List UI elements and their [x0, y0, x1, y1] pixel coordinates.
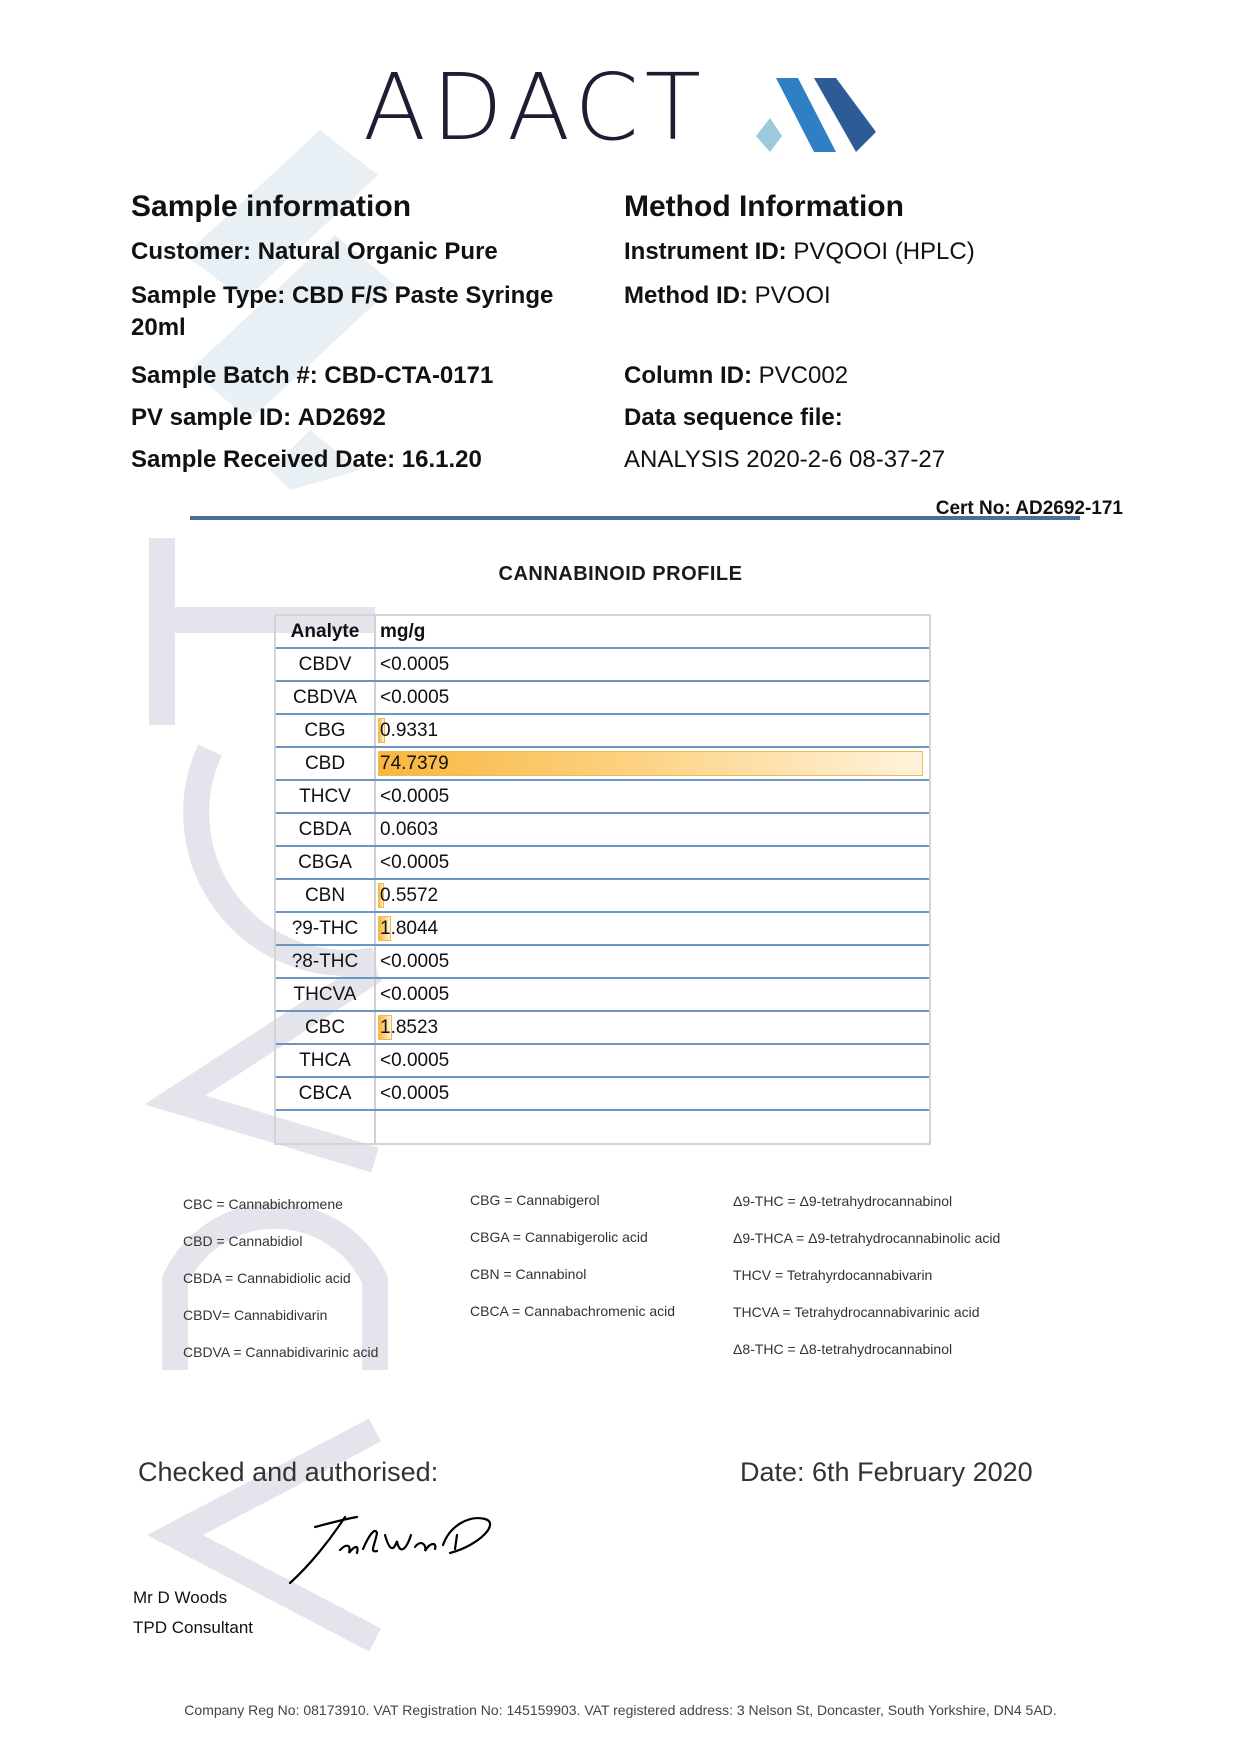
table-empty-row	[276, 1111, 929, 1143]
column-value: PVC002	[759, 362, 848, 389]
instrument-label: Instrument ID:	[624, 238, 787, 265]
value-cell: <0.0005	[376, 781, 929, 812]
company-footer: Company Reg No: 08173910. VAT Registrati…	[0, 1702, 1241, 1718]
profile-title: CANNABINOID PROFILE	[0, 563, 1241, 586]
value-cell: 1.8044	[376, 913, 929, 944]
value-text: 1.8044	[380, 918, 438, 940]
divider-rule	[190, 516, 1080, 520]
table-row: ?9-THC1.8044	[276, 913, 929, 946]
table-row: CBDA0.0603	[276, 814, 929, 847]
batch-field: Sample Batch #: CBD-CTA-0171	[131, 360, 493, 392]
value-cell: <0.0005	[376, 649, 929, 680]
legend-item: Δ8-THC = Δ8-tetrahydrocannabinol	[733, 1341, 952, 1357]
legend-item: CBN = Cannabinol	[470, 1266, 586, 1282]
table-row: CBDV<0.0005	[276, 649, 929, 682]
table-row: CBGA<0.0005	[276, 847, 929, 880]
method-value: PVOOI	[755, 282, 831, 309]
received-date-value: 16.1.20	[402, 446, 482, 473]
method-info-heading: Method Information	[624, 190, 904, 224]
sequence-label: Data sequence file:	[624, 404, 843, 431]
value-cell: <0.0005	[376, 847, 929, 878]
pv-id-field: PV sample ID: AD2692	[131, 402, 386, 434]
legend-item: CBC = Cannabichromene	[183, 1196, 343, 1212]
value-cell: <0.0005	[376, 979, 929, 1010]
signatory-role: TPD Consultant	[133, 1618, 253, 1638]
analyte-cell: CBGA	[276, 847, 376, 878]
value-text: <0.0005	[380, 951, 449, 973]
header-mg-g-label: mg/g	[380, 621, 425, 643]
table-row: CBDVA<0.0005	[276, 682, 929, 715]
value-cell: 0.0603	[376, 814, 929, 845]
value-text: 0.5572	[380, 885, 438, 907]
legend-item: CBG = Cannabigerol	[470, 1192, 600, 1208]
value-text: <0.0005	[380, 786, 449, 808]
value-text: <0.0005	[380, 984, 449, 1006]
method-label: Method ID:	[624, 282, 748, 309]
table-header-row: Analyte mg/g	[276, 616, 929, 649]
analyte-cell: THCV	[276, 781, 376, 812]
value-text: 0.0603	[380, 819, 438, 841]
received-date-label: Sample Received Date:	[131, 446, 395, 473]
batch-value: CBD-CTA-0171	[324, 362, 493, 389]
sequence-label-line: Data sequence file:	[624, 402, 843, 434]
sample-type-value-line2: 20ml	[131, 314, 186, 341]
sample-type-field: Sample Type: CBD F/S Paste Syringe 20ml	[131, 280, 553, 344]
legend-item: CBCA = Cannabachromenic acid	[470, 1303, 675, 1319]
sign-date: Date: 6th February 2020	[740, 1457, 1033, 1488]
sequence-value: ANALYSIS 2020-2-6 08-37-27	[624, 444, 945, 476]
analyte-cell: CBCA	[276, 1078, 376, 1109]
customer-label: Customer:	[131, 238, 251, 265]
table-row: THCVA<0.0005	[276, 979, 929, 1012]
legend-item: CBDV= Cannabidivarin	[183, 1307, 327, 1323]
analyte-cell: CBDA	[276, 814, 376, 845]
signature	[285, 1505, 505, 1590]
checked-authorised: Checked and authorised:	[138, 1457, 438, 1488]
analyte-cell: ?8-THC	[276, 946, 376, 977]
table-row: CBG0.9331	[276, 715, 929, 748]
value-cell: <0.0005	[376, 946, 929, 977]
legend-item: CBDVA = Cannabidivarinic acid	[183, 1344, 378, 1360]
adact-logo-text: ADACT	[363, 62, 707, 154]
value-text: 1.8523	[380, 1017, 438, 1039]
table-row: THCV<0.0005	[276, 781, 929, 814]
header-analyte: Analyte	[276, 616, 376, 647]
legend-item: THCV = Tetrahyrdocannabivarin	[733, 1267, 932, 1283]
value-cell: <0.0005	[376, 1045, 929, 1076]
analyte-cell: CBD	[276, 748, 376, 779]
analyte-cell: CBC	[276, 1012, 376, 1043]
table-row: CBD74.7379	[276, 748, 929, 781]
sample-type-value: CBD F/S Paste Syringe	[292, 282, 553, 309]
value-text: <0.0005	[380, 687, 449, 709]
value-text: 0.9331	[380, 720, 438, 742]
value-cell: 0.5572	[376, 880, 929, 911]
table-row: THCA<0.0005	[276, 1045, 929, 1078]
data-bar	[378, 751, 923, 776]
legend-item: Δ9-THCA = Δ9-tetrahydrocannabinolic acid	[733, 1230, 1000, 1246]
table-row: CBCA<0.0005	[276, 1078, 929, 1111]
value-cell: 1.8523	[376, 1012, 929, 1043]
legend-item: CBD = Cannabidiol	[183, 1233, 302, 1249]
analyte-cell: THCVA	[276, 979, 376, 1010]
table-row: ?8-THC<0.0005	[276, 946, 929, 979]
value-text: <0.0005	[380, 1083, 449, 1105]
legend-item: CBDA = Cannabidiolic acid	[183, 1270, 351, 1286]
value-text: <0.0005	[380, 1050, 449, 1072]
empty-cell	[276, 1111, 376, 1143]
signatory-name: Mr D Woods	[133, 1588, 227, 1608]
header-mg-g: mg/g	[376, 616, 929, 647]
value-cell: 0.9331	[376, 715, 929, 746]
column-label: Column ID:	[624, 362, 752, 389]
analyte-cell: CBDV	[276, 649, 376, 680]
cannabinoid-table: Analyte mg/g CBDV<0.0005CBDVA<0.0005CBG0…	[274, 614, 931, 1145]
column-field: Column ID: PVC002	[624, 360, 848, 392]
table-row: CBN0.5572	[276, 880, 929, 913]
value-text: 74.7379	[380, 753, 449, 775]
legend-item: Δ9-THC = Δ9-tetrahydrocannabinol	[733, 1193, 952, 1209]
customer-field: Customer: Natural Organic Pure	[131, 236, 498, 268]
method-field: Method ID: PVOOI	[624, 280, 831, 312]
analyte-cell: CBG	[276, 715, 376, 746]
batch-label: Sample Batch #:	[131, 362, 318, 389]
value-cell: 74.7379	[376, 748, 929, 779]
value-cell: <0.0005	[376, 1078, 929, 1109]
pv-id-value: AD2692	[298, 404, 386, 431]
analyte-cell: THCA	[276, 1045, 376, 1076]
instrument-field: Instrument ID: PVQOOI (HPLC)	[624, 236, 975, 268]
adact-logo-mark-icon	[756, 78, 880, 152]
legend-item: THCVA = Tetrahydrocannabivarinic acid	[733, 1304, 980, 1320]
table-row: CBC1.8523	[276, 1012, 929, 1045]
empty-cell	[376, 1111, 929, 1143]
sample-info-heading: Sample information	[131, 190, 411, 224]
received-date-field: Sample Received Date: 16.1.20	[131, 444, 482, 476]
value-text: <0.0005	[380, 654, 449, 676]
analyte-cell: CBN	[276, 880, 376, 911]
analyte-cell: ?9-THC	[276, 913, 376, 944]
legend-item: CBGA = Cannabigerolic acid	[470, 1229, 648, 1245]
customer-value: Natural Organic Pure	[258, 238, 498, 265]
pv-id-label: PV sample ID:	[131, 404, 291, 431]
instrument-value: PVQOOI (HPLC)	[793, 238, 974, 265]
sample-type-label: Sample Type:	[131, 282, 285, 309]
value-text: <0.0005	[380, 852, 449, 874]
analyte-cell: CBDVA	[276, 682, 376, 713]
value-cell: <0.0005	[376, 682, 929, 713]
